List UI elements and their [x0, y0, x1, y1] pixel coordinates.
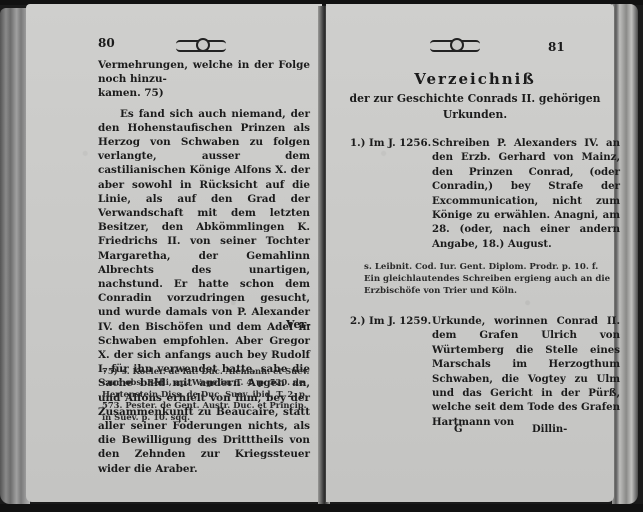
subtitle-line: der zur Geschichte Conrads II. gehörigen — [340, 92, 610, 105]
page-title: Verzeichniß — [340, 70, 610, 88]
entry-text: Urkunde, worinnen Conrad II. dem Grafen … — [432, 314, 620, 429]
footnote: 75)s. Koeler. de fat. Duc. Alemann. et S… — [102, 366, 312, 423]
entry-label: 2.) Im J. 1259. — [350, 314, 431, 328]
left-page-number: 80 — [98, 36, 115, 50]
document-entry: 2.) Im J. 1259. Urkunde, worinnen Conrad… — [350, 314, 622, 424]
footnote-text: s. Koeler. de fat. Duc. Alemann. et Suev… — [102, 366, 309, 422]
scan-border-bottom — [0, 504, 643, 512]
ornament-icon — [430, 40, 480, 52]
book-spread: 80 Vermehrungen, welche in der Folge noc… — [0, 0, 643, 512]
subtitle-line: Urkunden. — [340, 108, 610, 121]
text-line: Vermehrungen, welche in der Folge noch h… — [98, 58, 310, 86]
catchword: Dillin- — [532, 424, 567, 435]
right-page-number: 81 — [548, 40, 565, 54]
catchword: Ver- — [286, 318, 311, 331]
ornament-icon — [176, 40, 226, 52]
entry-note: s. Leibnit. Cod. Iur. Gent. Diplom. Prod… — [364, 262, 616, 297]
document-entry: 1.) Im J. 1256. Schreiben P. Alexanders … — [350, 136, 622, 246]
entry-label: 1.) Im J. 1256. — [350, 136, 431, 150]
entry-text: Schreiben P. Alexanders IV. an den Erzb.… — [432, 136, 620, 251]
footnote-mark: 75) — [102, 366, 122, 377]
signature-mark: G — [454, 424, 463, 435]
text-line: kamen. 75) — [98, 86, 310, 100]
